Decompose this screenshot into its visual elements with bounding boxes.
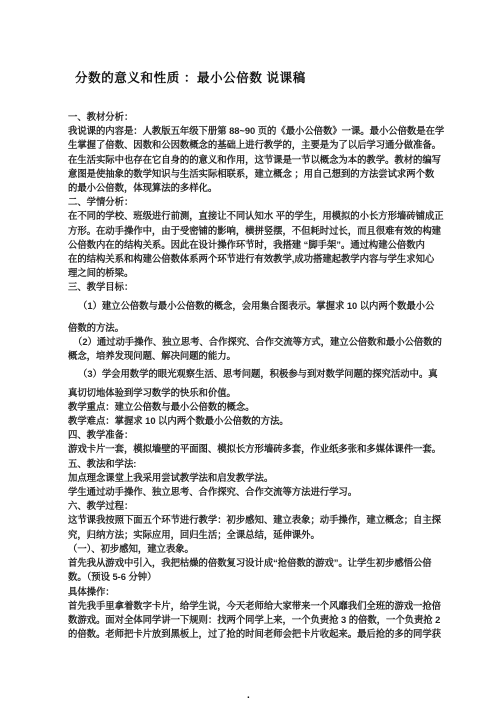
text-line: 教学重点：建立公倍数与最小公倍数的概念。 (68, 400, 440, 414)
text-line: 倍数的方法。 (68, 321, 440, 335)
text-line: （2）通过动手操作、独立思考、合作探究、合作交流等方式，建立公倍数和最小公倍数的 (68, 335, 440, 349)
text-line: 游戏卡片一套，模拟墙壁的平面图、模拟长方形墙砖多套，作业纸多张和多媒体课件一套。 (68, 442, 440, 456)
text-line: 在的结构关系和构建公倍数体系两个环节进行有效教学,成功搭建起教学内容与学生求知心 (68, 252, 440, 266)
text-line: 首先我从游戏中引入，我把枯燥的倍数复习设计成“抢倍数的游戏”。让学生初步感悟公倍 (68, 556, 440, 570)
text-line: 的最小公倍数，体现算法的多样化。 (68, 181, 440, 195)
text-line: 生掌握了倍数、因数和公因数概念的基础上进行教学的，主要是为了以后学习通分做准备。 (68, 138, 440, 152)
text-line: 我说课的内容是：人教版五年级下册第 88~90 页的《最小公倍数》一课。最小公倍… (68, 124, 440, 138)
text-line: 公倍数内在的结构关系。因此在设计操作环节时，我搭建 “脚手架”。通过构建公倍数内 (68, 238, 440, 252)
text-line: 在生活实际中也存在它自身的的意义和作用，这节课是一节以概念为本的教学。教材的编写 (68, 153, 440, 167)
text-line: （1）建立公倍数与最小公倍数的概念，会用集合图表示。掌握求 10 以内两个数最小… (68, 299, 440, 313)
page-number-dot: . (247, 691, 250, 701)
text-line: 这节课我按照下面五个环节进行教学：初步感知、建立表象；动手操作，建立概念；自主探 (68, 513, 440, 527)
text-line: 二、学情分析： (68, 195, 440, 209)
text-line: 五、教法和学法: (68, 457, 440, 471)
text-line: 数。（预设 5-6 分钟） (68, 570, 440, 584)
document-title: 分数的意义和性质 ：最小公倍数 说课稿 (75, 71, 306, 87)
text-line: 首先我手里拿着数字卡片，给学生说，今天老师给大家带来一个风靡我们全班的游戏一抢倍 (68, 599, 440, 613)
document-page: 分数的意义和性质 ：最小公倍数 说课稿 一、教材分析：我说课的内容是：人教版五年… (0, 0, 500, 707)
text-line: 方形。在动手操作中，由于受密铺的影响，横拼竖摆，不但耗时过长，而且很难有效的构建 (68, 224, 440, 238)
text-line: 究，归纳方法；实际应用，回归生活；全课总结，延伸课外。 (68, 528, 440, 542)
text-line: 意图是使抽象的数学知识与生活实际相联系，建立概念 ；用自己想到的方法尝试求两个数 (68, 167, 440, 181)
text-line: 的倍数。老师把卡片放到黑板上，过了抢的时间老师会把卡片收起来。最后抢的多的同学获 (68, 627, 440, 641)
text-line: 具体操作： (68, 585, 440, 599)
text-line: （3）学会用数学的眼光观察生活、思考问题，积极参与到对数学问题的探究活动中。真 (68, 367, 440, 381)
text-line: 四、教学准备： (68, 428, 440, 442)
text-line: 数游戏。面对全体同学讲一下规则：找两个同学上来，一个负责抢 3 的倍数，一个负责… (68, 613, 440, 627)
text-line: 一、教材分析： (68, 110, 440, 124)
text-line: （一）、初步感知，建立表象。 (68, 542, 440, 556)
text-line: 加点理念课堂上我采用尝试教学法和启发教学法。 (68, 471, 440, 485)
text-line: 理之间的桥梁。 (68, 266, 440, 280)
text-line: 概念，培养发现问题、解决问题的能力。 (68, 349, 440, 363)
text-line: 学生通过动手操作、独立思考、合作探究、合作交流等方法进行学习。 (68, 485, 440, 499)
text-line: 三、教学目标： (68, 280, 440, 294)
text-line: 真切切地体验到学习数学的快乐和价值。 (68, 386, 440, 400)
text-line: 六、教学过程： (68, 499, 440, 513)
text-line: 教学难点：掌握求 10 以内两个数最小公倍数的方法。 (68, 414, 440, 428)
document-body: 一、教材分析：我说课的内容是：人教版五年级下册第 88~90 页的《最小公倍数》… (68, 110, 440, 641)
text-line: 在不同的学校、班级进行前测，直接让不同认知水 平的学生，用模拟的小长方形墙砖铺成… (68, 209, 440, 223)
